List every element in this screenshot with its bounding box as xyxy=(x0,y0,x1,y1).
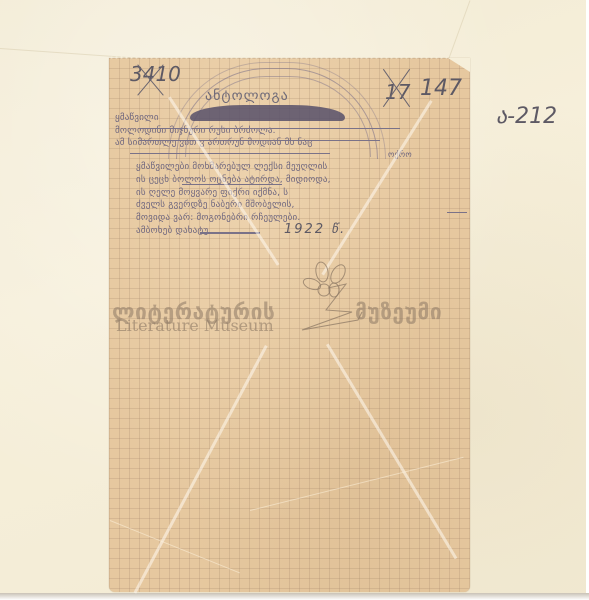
folded-corner xyxy=(448,58,470,72)
outer-catalog-number: ა-212 xyxy=(496,104,557,129)
handwritten-line: ყმაწვილი xyxy=(115,113,159,123)
fold-crease xyxy=(446,0,471,66)
shaded-arch xyxy=(190,105,345,121)
flower-logo-icon xyxy=(300,260,370,335)
top-right-number: 147 xyxy=(420,76,462,101)
handwritten-line: ის ღელე მოყვარე ფიქრი იქმნა, ს xyxy=(136,188,288,198)
heading-title: ანტოლოგა xyxy=(205,88,289,104)
handwritten-line: მოვიდა ვარ: მოგონებრი რჩეულები. xyxy=(136,213,300,223)
strikethrough xyxy=(200,232,260,234)
watermark-english: Literature Museum xyxy=(116,316,274,335)
strikethrough xyxy=(140,140,380,141)
manuscript-date: 1922 წ. xyxy=(284,222,346,237)
strikethrough xyxy=(130,153,330,154)
handwritten-line: ძველს გვერდზე ნაბერი მშობელის, xyxy=(136,200,295,210)
handwritten-line: ამბოხებ დახატუ xyxy=(136,226,208,236)
perforated-edge xyxy=(109,56,449,59)
strikethrough xyxy=(140,128,400,129)
scan-edge-shadow xyxy=(0,593,589,600)
pencil-mark xyxy=(447,212,467,213)
strikethrough xyxy=(182,184,282,185)
handwritten-line: ყმაწვილები მოხმარებულ ლექსი მეუღლის xyxy=(136,162,327,172)
